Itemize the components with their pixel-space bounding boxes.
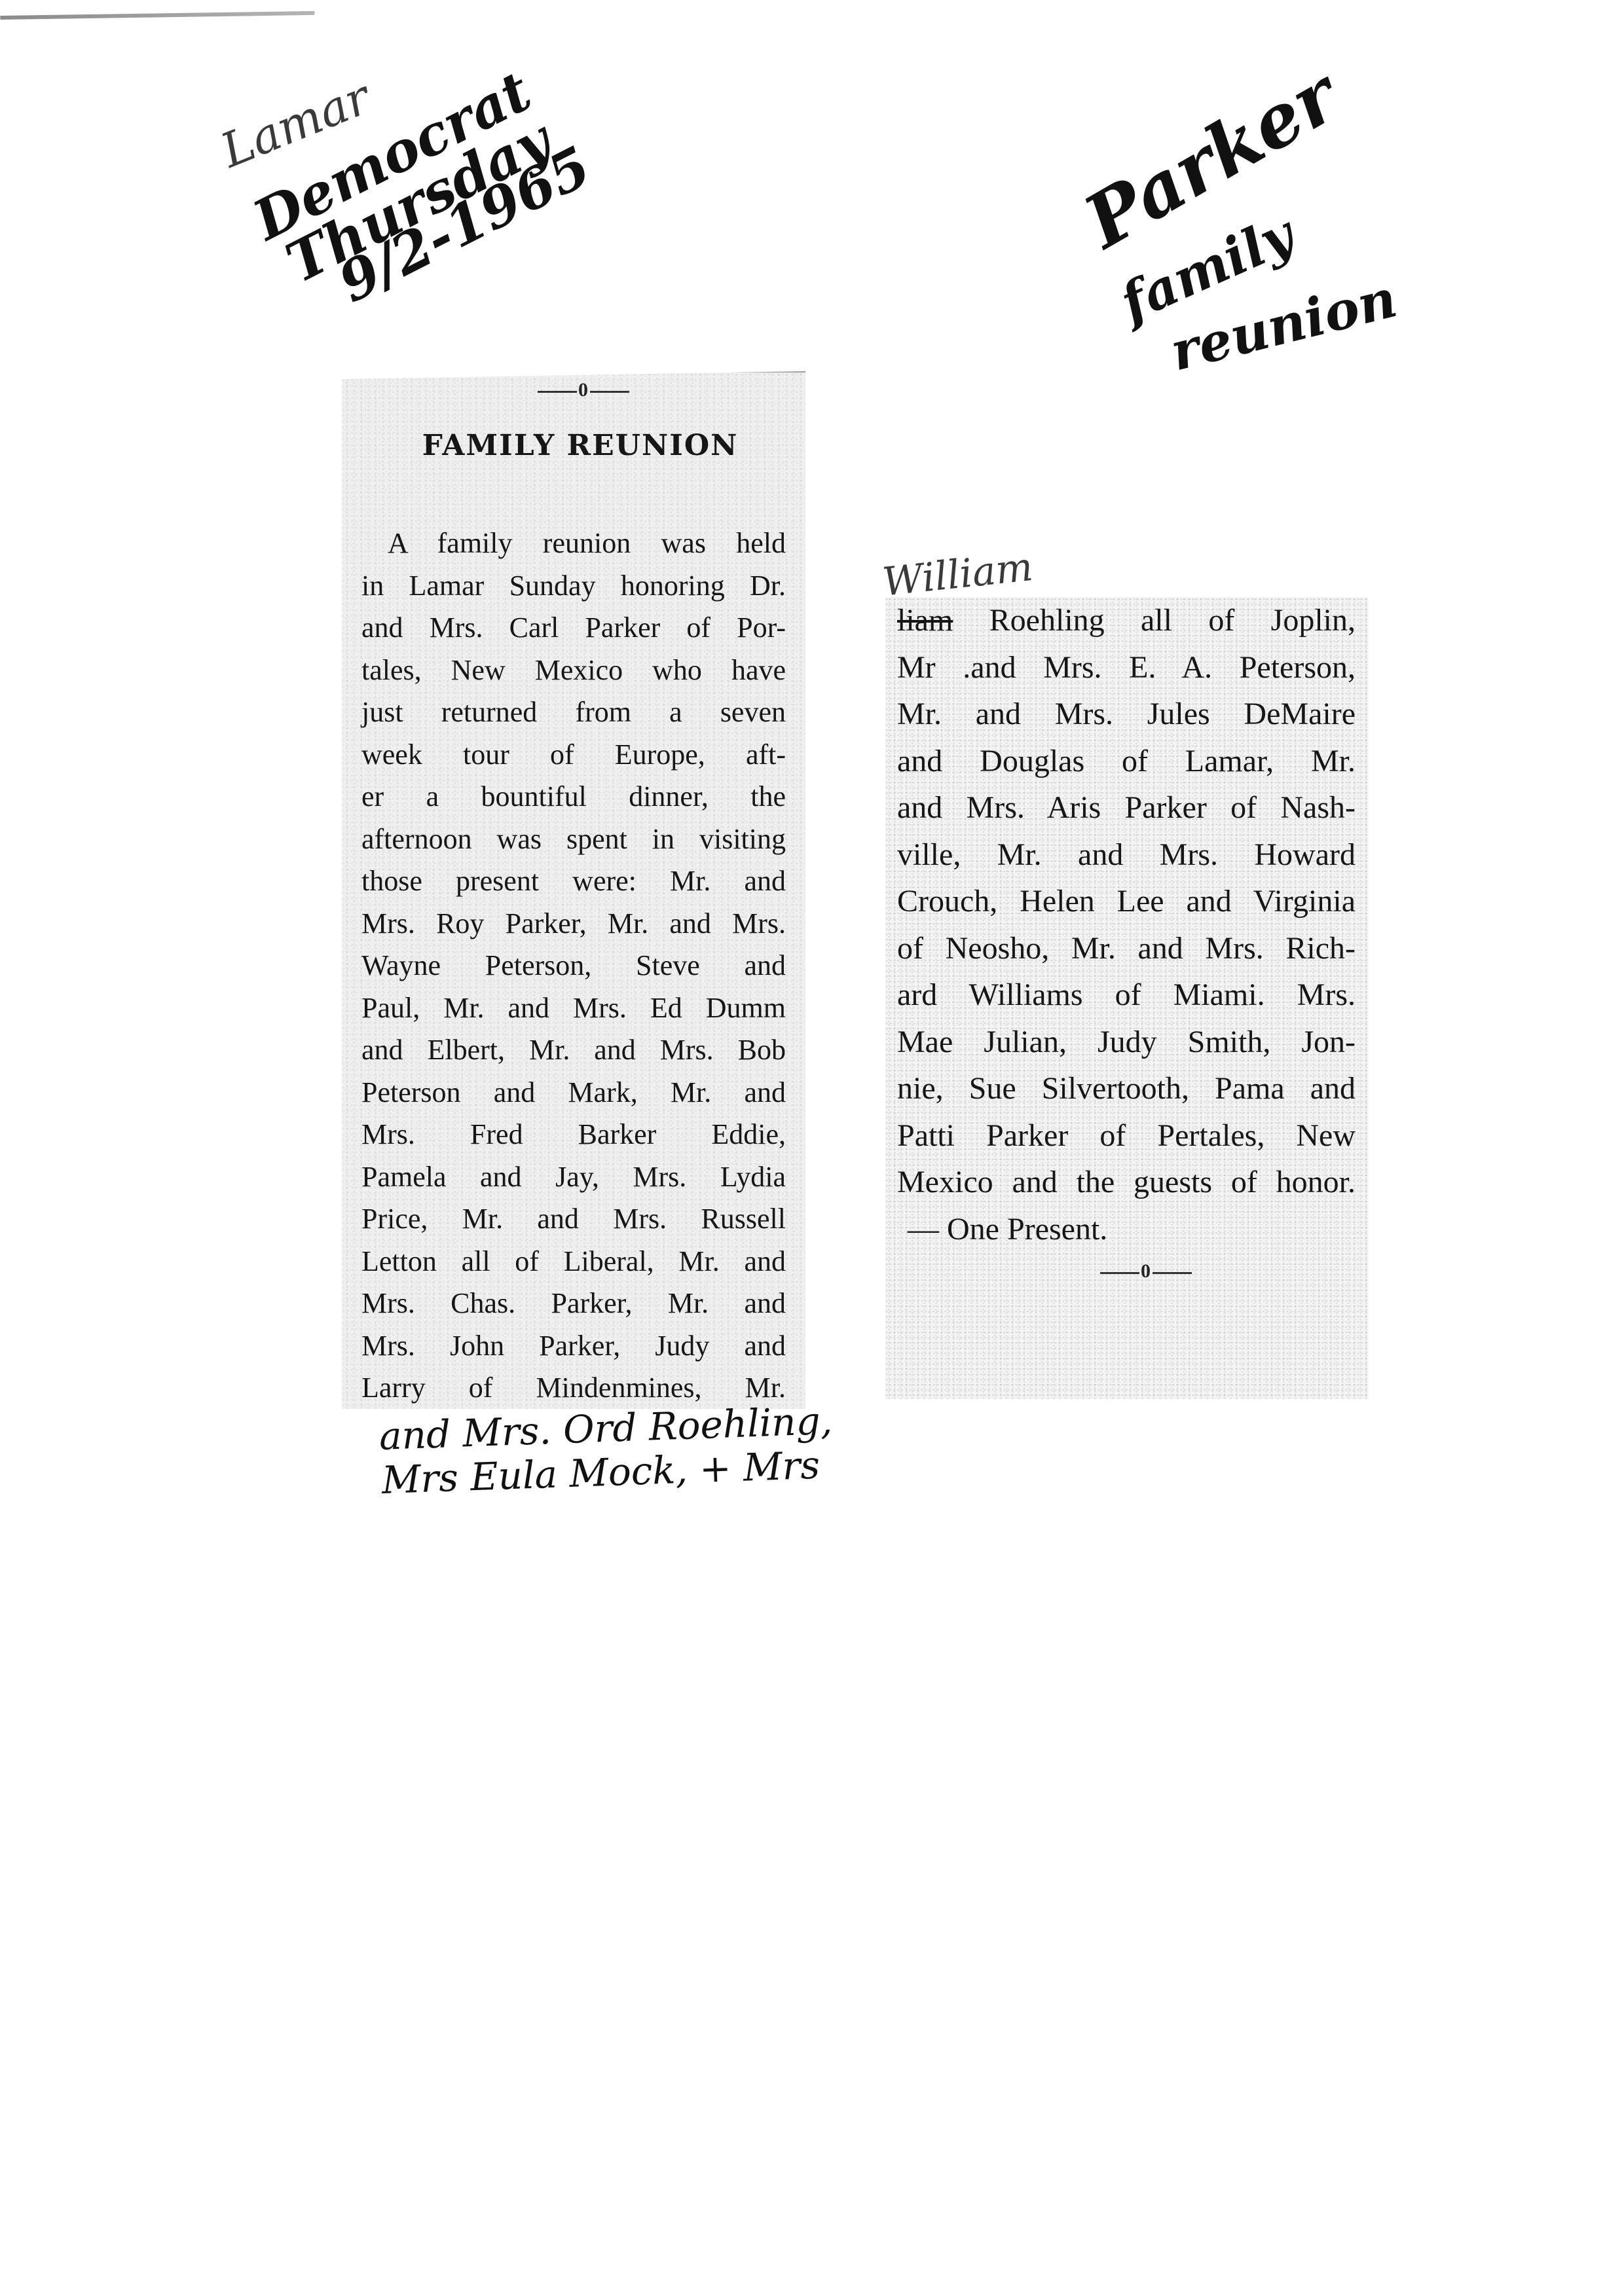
article-line: Mexico and the guests of honor. [897,1159,1356,1206]
article-line: Mrs. Chas. Parker, Mr. and [361,1283,786,1325]
article-line: and Douglas of Lamar, Mr. [897,738,1356,785]
article-line: Paul, Mr. and Mrs. Ed Dumm [361,987,786,1030]
article-line: just returned from a seven [361,691,786,734]
scanned-page-edge [0,11,314,20]
newspaper-clipping-right: liam Roehling all of Joplin, Mr .and Mrs… [885,597,1369,1399]
article-line: and Elbert, Mr. and Mrs. Bob [361,1029,786,1072]
article-line: in Lamar Sunday honoring Dr. [361,565,786,608]
article-line: nie, Sue Silvertooth, Pama and [897,1065,1356,1112]
article-line: liam Roehling all of Joplin, [897,597,1356,644]
article-signoff: — One Present. [897,1206,1356,1253]
ornament-divider-bottom: 0 [897,1260,1356,1283]
article-line: Crouch, Helen Lee and Virginia [897,878,1356,925]
article-line: Wayne Peterson, Steve and [361,945,786,987]
article-line: Mr. and Mrs. Jules DeMaire [897,691,1356,738]
newspaper-clipping-left: 0 FAMILY REUNION A family reunion was he… [342,371,805,1409]
handwritten-note-family-name: Parker [1074,59,1349,260]
article-line: week tour of Europe, aft- [361,734,786,776]
article-line: Mae Julian, Judy Smith, Jon- [897,1019,1356,1066]
article-line: Mrs. John Parker, Judy and [361,1325,786,1368]
article-line: Price, Mr. and Mrs. Russell [361,1198,786,1241]
article-column-two: liam Roehling all of Joplin, Mr .and Mrs… [897,597,1356,1252]
article-line: Patti Parker of Pertales, New [897,1112,1356,1159]
ornament-divider-top: 0 [361,379,786,401]
article-line: ard Williams of Miami. Mrs. [897,972,1356,1019]
article-line: Mrs. Roy Parker, Mr. and Mrs. [361,903,786,945]
article-line: er a bountiful dinner, the [361,776,786,818]
article-line: Pamela and Jay, Mrs. Lydia [361,1156,786,1199]
handwritten-insert-william: William [881,547,1035,602]
article-line: and Mrs. Aris Parker of Nash- [897,784,1356,831]
article-line: A family reunion was held [361,522,786,565]
article-line: Mrs. Fred Barker Eddie, [361,1114,786,1156]
struck-word: liam [897,603,953,638]
article-line: afternoon was spent in visiting [361,818,786,861]
article-line: tales, New Mexico who have [361,649,786,692]
article-line: ville, Mr. and Mrs. Howard [897,831,1356,879]
article-line: of Neosho, Mr. and Mrs. Rich- [897,925,1356,972]
article-line: Letton all of Liberal, Mr. and [361,1241,786,1283]
article-headline: FAMILY REUNION [361,429,786,462]
article-line: Mr .and Mrs. E. A. Peterson, [897,644,1356,691]
article-line: those present were: Mr. and [361,860,786,903]
article-column-one: A family reunion was heldin Lamar Sunday… [361,522,786,1451]
article-line: Peterson and Mark, Mr. and [361,1072,786,1114]
article-line: and Mrs. Carl Parker of Por- [361,607,786,649]
